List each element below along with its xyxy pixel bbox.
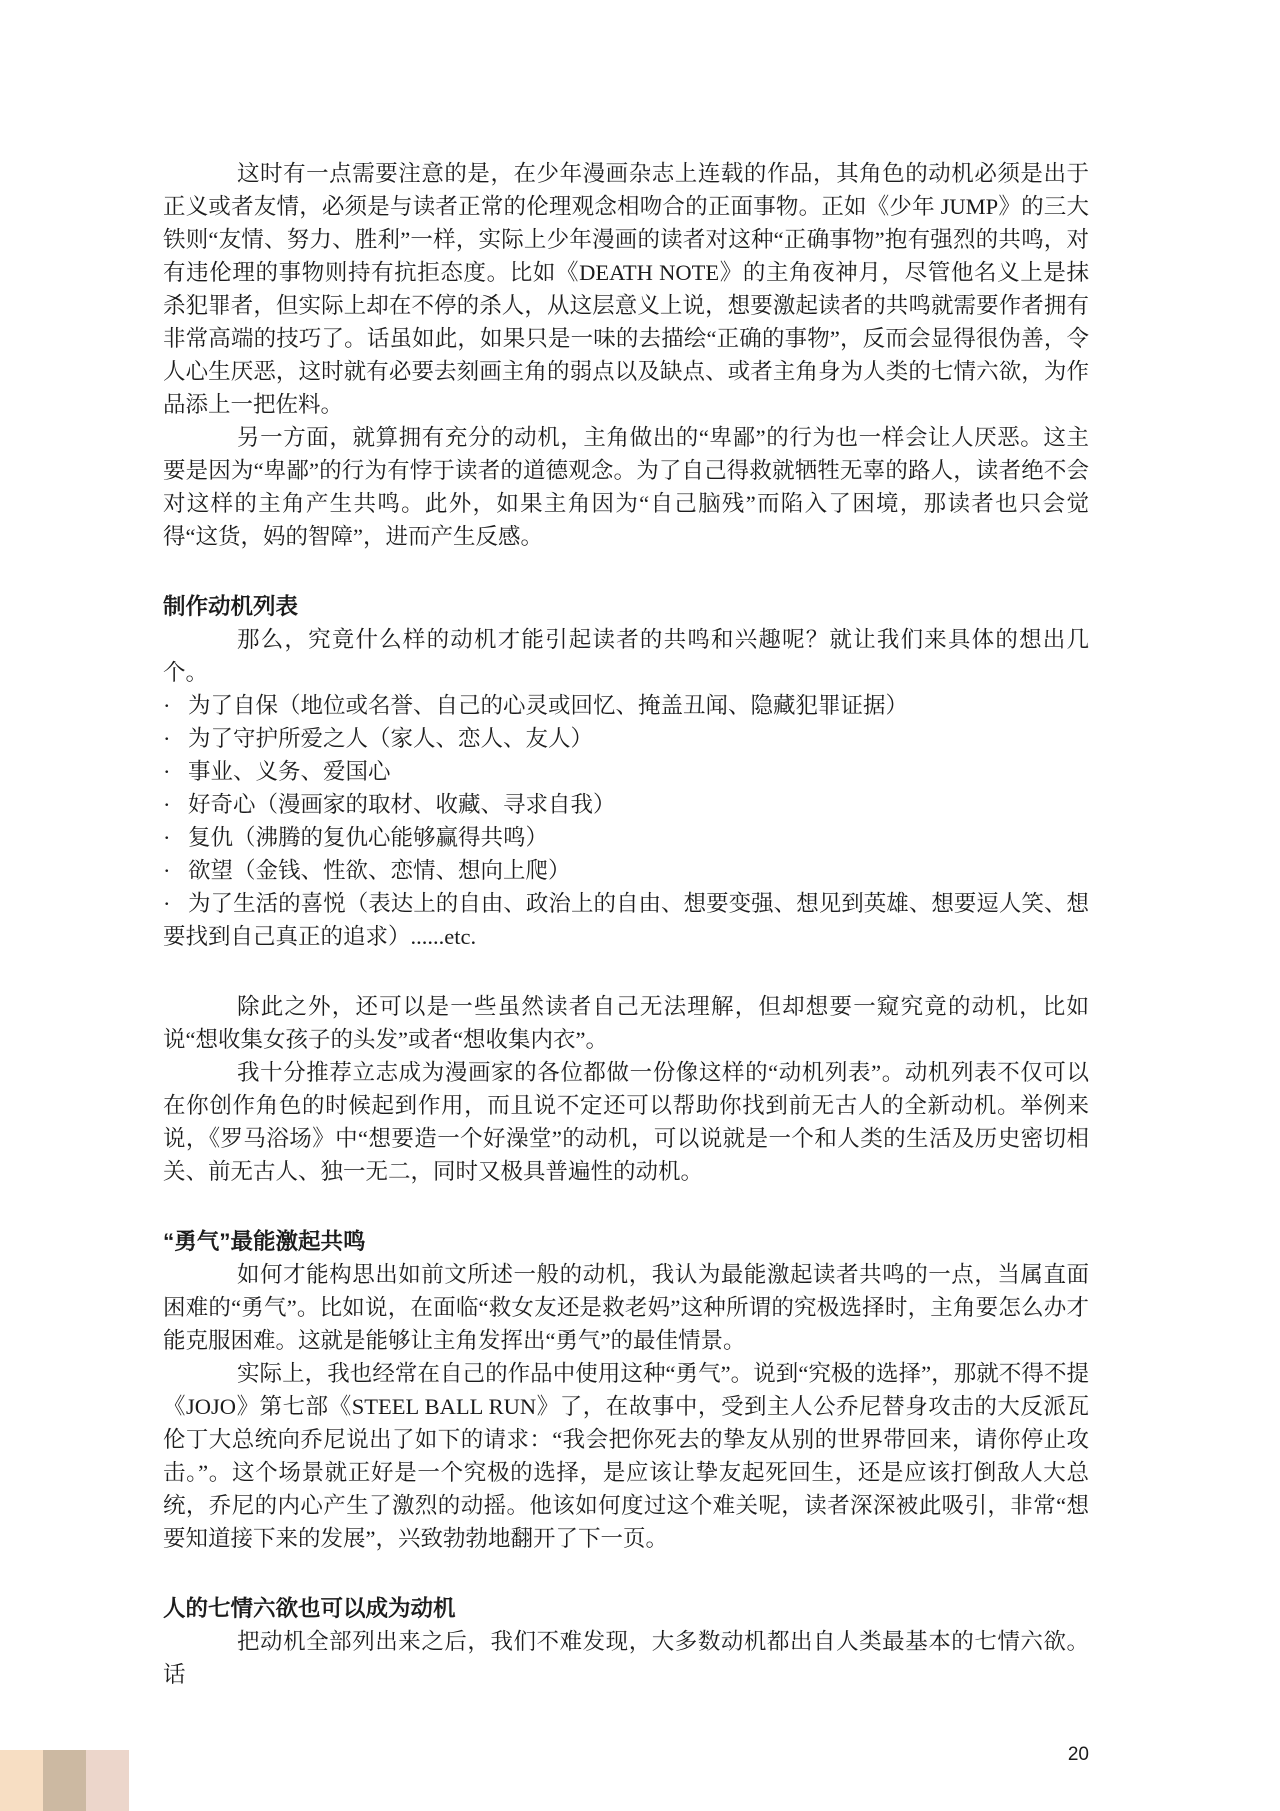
list-item: ·好奇心（漫画家的取材、收藏、寻求自我） <box>163 788 1089 821</box>
list-item: ·为了守护所爱之人（家人、恋人、友人） <box>163 722 1089 755</box>
list-item-text: 欲望（金钱、性欲、恋情、想向上爬） <box>188 858 571 883</box>
list-item-text: 为了生活的喜悦（表达上的自由、政治上的自由、想要变强、想见到英雄、想要逗人笑、想… <box>163 891 1089 949</box>
color-swatch <box>86 1750 129 1811</box>
section-heading-courage: “勇气”最能激起共鸣 <box>163 1225 1089 1258</box>
body-paragraph: 另一方面，就算拥有充分的动机，主角做出的“卑鄙”的行为也一样会让人厌恶。这主要是… <box>163 421 1089 553</box>
body-paragraph: 除此之外，还可以是一些虽然读者自己无法理解，但却想要一窥究竟的动机，比如说“想收… <box>163 990 1089 1056</box>
list-item: ·复仇（沸腾的复仇心能够赢得共鸣） <box>163 821 1089 854</box>
page-number: 20 <box>163 1743 1089 1767</box>
body-paragraph: 这时有一点需要注意的是，在少年漫画杂志上连载的作品，其角色的动机必须是出于正义或… <box>163 157 1089 421</box>
list-item: ·欲望（金钱、性欲、恋情、想向上爬） <box>163 854 1089 887</box>
bullet-icon: · <box>163 854 188 887</box>
section-heading-emotions: 人的七情六欲也可以成为动机 <box>163 1592 1089 1625</box>
body-paragraph: 把动机全部列出来之后，我们不难发现，大多数动机都出自人类最基本的七情六欲。话 <box>163 1625 1089 1691</box>
bullet-icon: · <box>163 755 188 788</box>
list-item-text: 好奇心（漫画家的取材、收藏、寻求自我） <box>188 792 616 817</box>
document-page: 这时有一点需要注意的是，在少年漫画杂志上连载的作品，其角色的动机必须是出于正义或… <box>0 0 1280 1811</box>
list-item: ·事业、义务、爱国心 <box>163 755 1089 788</box>
list-item-text: 复仇（沸腾的复仇心能够赢得共鸣） <box>188 825 548 850</box>
bullet-icon: · <box>163 821 188 854</box>
bullet-icon: · <box>163 689 188 722</box>
list-item: ·为了自保（地位或名誉、自己的心灵或回忆、掩盖丑闻、隐藏犯罪证据） <box>163 689 1089 722</box>
body-paragraph: 那么，究竟什么样的动机才能引起读者的共鸣和兴趣呢？就让我们来具体的想出几个。 <box>163 623 1089 689</box>
section-heading-motive-list: 制作动机列表 <box>163 590 1089 623</box>
body-paragraph: 如何才能构思出如前文所述一般的动机，我认为最能激起读者共鸣的一点，当属直面困难的… <box>163 1258 1089 1357</box>
list-item: ·为了生活的喜悦（表达上的自由、政治上的自由、想要变强、想见到英雄、想要逗人笑、… <box>163 887 1089 953</box>
bullet-icon: · <box>163 722 188 755</box>
body-paragraph: 我十分推荐立志成为漫画家的各位都做一份像这样的“动机列表”。动机列表不仅可以在你… <box>163 1056 1089 1188</box>
body-paragraph: 实际上，我也经常在自己的作品中使用这种“勇气”。说到“究极的选择”，那就不得不提… <box>163 1357 1089 1555</box>
list-item-text: 为了守护所爱之人（家人、恋人、友人） <box>188 726 593 751</box>
list-item-text: 事业、义务、爱国心 <box>188 759 391 784</box>
bullet-icon: · <box>163 887 188 920</box>
bullet-icon: · <box>163 788 188 821</box>
footer-color-swatches <box>0 1750 129 1811</box>
color-swatch <box>0 1750 43 1811</box>
list-item-text: 为了自保（地位或名誉、自己的心灵或回忆、掩盖丑闻、隐藏犯罪证据） <box>188 693 908 718</box>
page-content: 这时有一点需要注意的是，在少年漫画杂志上连载的作品，其角色的动机必须是出于正义或… <box>163 157 1089 1767</box>
color-swatch <box>43 1750 86 1811</box>
